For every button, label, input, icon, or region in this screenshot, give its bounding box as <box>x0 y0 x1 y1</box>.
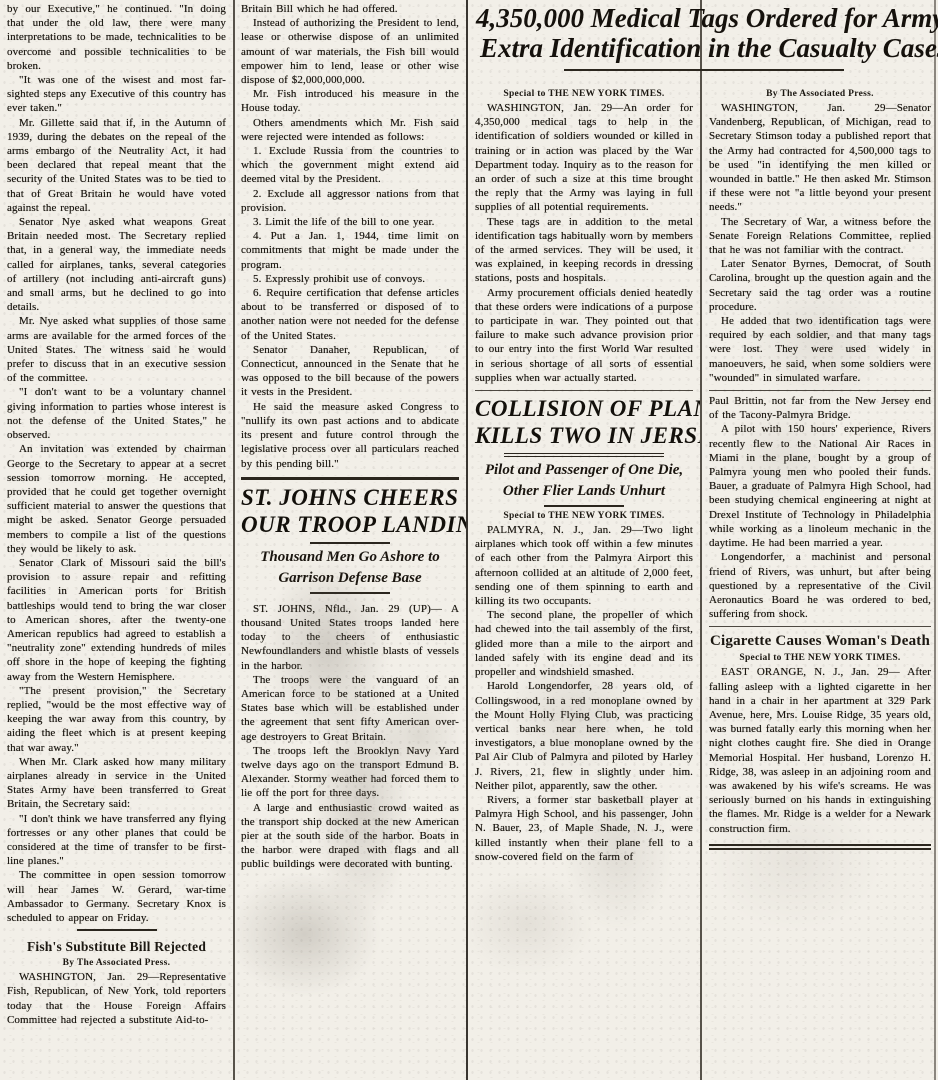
paragraph: Harold Longendorfer, 28 years old, of Co… <box>475 679 693 793</box>
paragraph: Longendorfer, a machinist and personal f… <box>709 550 931 621</box>
paragraph: 1. Exclude Russia from the countries to … <box>241 144 459 187</box>
collision-byline: Special to THE NEW YORK TIMES. <box>475 511 693 521</box>
collision-subhead-line2: Other Flier Lands Unhurt <box>475 482 693 501</box>
paragraph: Paul Brittin, not far from the New Jerse… <box>709 394 931 422</box>
paragraph: "I don't think we have transferred any f… <box>7 812 226 869</box>
paragraph: Mr. Fish introduced his measure in the H… <box>241 87 459 115</box>
paragraph: WASHINGTON, Jan. 29—Senator Vandenberg, … <box>709 101 931 215</box>
cigarette-headline: Cigarette Causes Woman's Death <box>709 633 931 650</box>
column-1: by our Executive," he continued. "In doi… <box>0 0 233 1080</box>
paragraph: Others amendments which Mr. Fish said we… <box>241 116 459 144</box>
paragraph: PALMYRA, N. J., Jan. 29—Two light airpla… <box>475 523 693 608</box>
main-headline-line2: Extra Identification in the Casualty Cas… <box>470 33 938 63</box>
fish-bill-continuation: Britain Bill which he had offered.Instea… <box>241 2 459 471</box>
paragraph: He said the measure asked Congress to "n… <box>241 400 459 471</box>
fish-bill-body: WASHINGTON, Jan. 29—Representative Fish,… <box>7 970 226 1027</box>
paragraph: Senator Clark of Missouri said the bill'… <box>7 556 226 684</box>
cigarette-byline: Special to THE NEW YORK TIMES. <box>709 653 931 663</box>
cigarette-body: EAST ORANGE, N. J., Jan. 29— After falli… <box>709 665 931 835</box>
section-rule <box>709 390 931 391</box>
paragraph: WASHINGTON, Jan. 29—Representative Fish,… <box>7 970 226 1027</box>
paragraph: Instead of authorizing the President to … <box>241 16 459 87</box>
paragraph: A large and enthusiastic crowd waited as… <box>241 801 459 872</box>
paragraph: Mr. Gillette said that if, in the Autumn… <box>7 116 226 215</box>
cigarette-article: Cigarette Causes Woman's Death Special t… <box>709 633 931 835</box>
paragraph: 5. Expressly prohibit use of convoys. <box>241 272 459 286</box>
collision-headline-line2: KILLS TWO IN JERSEY <box>475 422 693 449</box>
fish-bill-article: Fish's Substitute Bill Rejected By The A… <box>7 939 226 1027</box>
paragraph: He added that two identification tags we… <box>709 314 931 385</box>
section-rule <box>77 929 157 931</box>
paragraph: by our Executive," he continued. "In doi… <box>7 2 226 73</box>
paragraph: "The present provision," the Secretary r… <box>7 684 226 755</box>
tags-article-nyt-body: WASHINGTON, Jan. 29—An order for 4,350,0… <box>475 101 693 385</box>
collision-subhead-line1: Pilot and Passenger of One Die, <box>475 461 693 480</box>
paragraph: The troops left the Brooklyn Navy Yard t… <box>241 744 459 801</box>
section-rule <box>709 626 931 627</box>
column-4: By The Associated Press. WASHINGTON, Jan… <box>702 84 938 1080</box>
paragraph: Army procurement officials denied heated… <box>475 286 693 385</box>
paragraph: A pilot with 150 hours' experience, Rive… <box>709 422 931 550</box>
newspaper-page: 4,350,000 Medical Tags Ordered for Army;… <box>0 0 938 1080</box>
collision-headline-line1: COLLISION OF PLANES <box>475 395 693 422</box>
main-headline-line1: 4,350,000 Medical Tags Ordered for Army; <box>470 3 938 33</box>
paragraph: 3. Limit the life of the bill to one yea… <box>241 215 459 229</box>
st-johns-headline: ST. JOHNS CHEERS OUR TROOP LANDING <box>241 484 459 538</box>
paragraph: 4. Put a Jan. 1, 1944, time limit on com… <box>241 229 459 272</box>
collision-continuation: Paul Brittin, not far from the New Jerse… <box>709 394 931 621</box>
bottom-rule <box>709 844 931 850</box>
paragraph: Rivers, a former star basketball player … <box>475 793 693 864</box>
st-johns-body: ST. JOHNS, Nfld., Jan. 29 (UP)— A thousa… <box>241 602 459 872</box>
paragraph: ST. JOHNS, Nfld., Jan. 29 (UP)— A thousa… <box>241 602 459 673</box>
headline-rule <box>504 453 664 457</box>
paragraph: An invitation was extended by chairman G… <box>7 442 226 556</box>
fish-bill-byline: By The Associated Press. <box>7 958 226 968</box>
paragraph: 6. Require certification that defense ar… <box>241 286 459 343</box>
st-johns-headline-line1: ST. JOHNS CHEERS <box>241 484 459 511</box>
paragraph: Later Senator Byrnes, Democrat, of South… <box>709 257 931 314</box>
main-headline: 4,350,000 Medical Tags Ordered for Army;… <box>470 0 938 84</box>
collision-article: COLLISION OF PLANES KILLS TWO IN JERSEY … <box>475 395 693 864</box>
column-3: Special to THE NEW YORK TIMES. WASHINGTO… <box>468 84 700 1080</box>
paragraph: Senator Nye asked what weapons Great Bri… <box>7 215 226 314</box>
paragraph: 2. Exclude all aggressor nations from th… <box>241 187 459 215</box>
paragraph: WASHINGTON, Jan. 29—An order for 4,350,0… <box>475 101 693 215</box>
st-johns-subhead-line2: Garrison Defense Base <box>241 569 459 588</box>
paragraph: The troops were the vanguard of an Ameri… <box>241 673 459 744</box>
tags-article-ap-body: WASHINGTON, Jan. 29—Senator Vandenberg, … <box>709 101 931 385</box>
paragraph: Britain Bill which he had offered. <box>241 2 459 16</box>
section-rule <box>475 390 693 391</box>
paragraph: Senator Danaher, Republican, of Connecti… <box>241 343 459 400</box>
collision-headline: COLLISION OF PLANES KILLS TWO IN JERSEY <box>475 395 693 449</box>
paragraph: When Mr. Clark asked how many military a… <box>7 755 226 812</box>
paragraph: These tags are in addition to the metal … <box>475 215 693 286</box>
headline-rule <box>564 69 844 71</box>
st-johns-headline-line2: OUR TROOP LANDING <box>241 511 459 538</box>
collision-body: PALMYRA, N. J., Jan. 29—Two light airpla… <box>475 523 693 864</box>
fish-bill-headline: Fish's Substitute Bill Rejected <box>7 939 226 955</box>
tags-nyt-byline: Special to THE NEW YORK TIMES. <box>475 89 693 99</box>
article-top-rule <box>241 477 459 480</box>
paragraph: "I don't want to be a voluntary channel … <box>7 385 226 442</box>
headline-rule <box>310 542 390 544</box>
subhead-rule <box>544 505 624 507</box>
st-johns-article: ST. JOHNS CHEERS OUR TROOP LANDING Thous… <box>241 484 459 872</box>
column-2: Britain Bill which he had offered.Instea… <box>234 0 466 1080</box>
paragraph: The second plane, the propeller of which… <box>475 608 693 679</box>
paragraph: "It was one of the wisest and most far-s… <box>7 73 226 116</box>
paragraph: EAST ORANGE, N. J., Jan. 29— After falli… <box>709 665 931 835</box>
st-johns-subhead-line1: Thousand Men Go Ashore to <box>241 548 459 567</box>
hearing-article-continuation: by our Executive," he continued. "In doi… <box>7 2 226 925</box>
paragraph: The committee in open session tomorrow w… <box>7 868 226 925</box>
tags-ap-byline: By The Associated Press. <box>709 89 931 99</box>
paragraph: Mr. Nye asked what supplies of those sam… <box>7 314 226 385</box>
paragraph: The Secretary of War, a witness before t… <box>709 215 931 258</box>
subhead-rule <box>310 592 390 594</box>
